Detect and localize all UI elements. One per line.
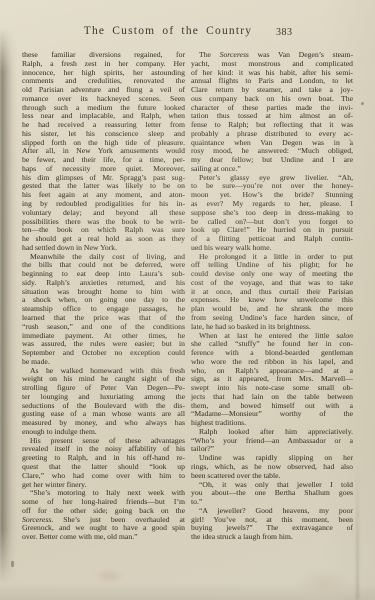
text-line: been scattered over the table. (191, 472, 353, 481)
text-column-left: these familiar diversions regained, forR… (22, 51, 185, 542)
text-line: his feet again at any moment, and aton- (22, 191, 185, 200)
text-columns: these familiar diversions regained, forR… (22, 51, 353, 542)
text-line: could devise only one way of meeting the (191, 270, 353, 279)
text-line: He prolonged it a little in order to put (191, 253, 353, 262)
text-line: rings, which, as he now observed, had al… (191, 463, 353, 472)
text-line: to.” (191, 498, 353, 507)
text-line: suppose she’s too deep in dress-making t… (191, 209, 353, 218)
text-line: rosy mood, he answered: “Much obliged, (191, 147, 353, 156)
text-line: plan would be, and he shrank the more (191, 305, 353, 314)
text-line: enough to indulge them. (22, 428, 185, 437)
text-line: expenses. He knew how unwelcome this (191, 296, 353, 305)
text-line: possibilities there was the book to be w… (22, 218, 185, 227)
text-line: look up Clare!” He hurried on in pursuit (191, 226, 353, 235)
text-line: situation was brought home to him with (22, 288, 185, 297)
text-line: “A jeweller? Good heavens, my poor (191, 507, 353, 516)
text-line: over. Better come with me, old man.” (22, 533, 185, 542)
text-line: fense to Ralph; but reflecting that it w… (191, 121, 353, 130)
text-line: sign, as it appeared, from Mrs. Marvell— (191, 375, 353, 384)
text-line: he had received a reassuring letter from (22, 121, 185, 130)
text-line: be made. (22, 358, 185, 367)
text-line: Peter’s glassy eye grew livelier. “Ah, (191, 174, 353, 183)
text-line: Clare,” who had come over with him to (22, 472, 185, 481)
text-line: them, and bowed himself out with a (191, 402, 353, 411)
page-edge-crease (356, 462, 359, 600)
text-line: “Madame—Monsieur” worthy of the (191, 410, 353, 419)
text-line: His present sense of these advantages (22, 437, 185, 446)
text-line: revealed itself in the noisy affability … (22, 445, 185, 454)
text-line: haps of necessity more quiet. Moreover, (22, 165, 185, 174)
text-line: highest traditions. (191, 419, 353, 428)
text-line: jects that had lain on the table between (191, 393, 353, 402)
paper-speck (11, 561, 14, 567)
text-line: get her winter finery. (22, 481, 185, 490)
page-gutter-shadow (0, 0, 17, 600)
text-line: When at last he entered the little salon (191, 332, 353, 341)
text-line: slipped forth on the high tide of pleasu… (22, 139, 185, 148)
text-line: you about—the one Bertha Shallum goes (191, 489, 353, 498)
text-line: cost of the voyage, and that was to take (191, 279, 353, 288)
text-line: quest that the latter should “look up (22, 463, 185, 472)
text-line: of her kind: it was his habit, after his… (191, 69, 353, 78)
paper-stain (93, 569, 125, 583)
text-line: Ralph, a fresh zest in her company. Her (22, 60, 185, 69)
text-line: immediate payment. At other times, he (22, 332, 185, 341)
text-line: some of her long-haired friends—but I’m (22, 498, 185, 507)
text-line: sailing at once.” (191, 165, 353, 174)
running-header-title: The Custom of the Country (58, 25, 278, 37)
text-line: from seeing Undine’s face harden since, … (191, 314, 353, 323)
text-line: ued his weary walk home. (191, 244, 353, 253)
text-line: off for the other side; going back on th… (22, 507, 185, 516)
text-line: old Parisian adventure and flung a veil … (22, 86, 185, 95)
text-line: moon yet. How’s the bride? Stunning (191, 191, 353, 200)
text-line: character of these parties made the invi… (191, 104, 353, 113)
text-line: he should get a real hold as soon as the… (22, 235, 185, 244)
text-line: ous company back on his own boat. The (191, 95, 353, 104)
text-line: The Sorceress was Van Degen’s steam- (191, 51, 353, 60)
paper-speck (349, 139, 351, 141)
text-line: voluntary delay; and beyond all these (22, 209, 185, 218)
text-line: the idea struck a laugh from him. (191, 533, 353, 542)
text-line: After all, in New York amusements would (22, 147, 185, 156)
text-line: strolling figure of Peter Van Degen—Pe- (22, 384, 185, 393)
text-line: late, he had so basked in its brightness… (191, 323, 353, 332)
text-line: Greenock, and we ought to have a good sp… (22, 524, 185, 533)
text-line: less near and implacable, and Ralph, whe… (22, 112, 185, 121)
text-line: learned that the price was that of the (22, 314, 185, 323)
text-line: Undine was rapidly slipping on her (191, 454, 353, 463)
text-line: my dear fellow; but Undine and I are (191, 156, 353, 165)
text-line: a shock when, on going one day to the (22, 296, 185, 305)
text-line: greeting to Ralph, and in his off-hand r… (22, 454, 185, 463)
text-line: she called “stuffy” he found her in con- (191, 340, 353, 349)
text-line: be fewer, and their life, for a time, pe… (22, 156, 185, 165)
text-line: September and October no exception could (22, 349, 185, 358)
text-line: Ralph looked after him appreciatively. (191, 428, 353, 437)
text-line: Sorceress. She’s just been overhauled at (22, 516, 185, 525)
text-line: swept into his note-case some small ob- (191, 384, 353, 393)
text-line: the bills that could not be deferred, we… (22, 261, 185, 270)
text-line: as ever? My regards to her, please. I (191, 200, 353, 209)
text-line: of a flitting petticoat and Ralph contin… (191, 235, 353, 244)
text-line: Meanwhile the daily cost of living, and (22, 253, 185, 262)
text-line: romance over its hackneyed scenes. Seen (22, 95, 185, 104)
text-line: tailor?” (191, 445, 353, 454)
text-line: his dim glimpses of Mr. Spragg’s past su… (22, 174, 185, 183)
text-line: who wore the red ribbon in his lapel, an… (191, 358, 353, 367)
paper-stain (298, 570, 350, 594)
text-line: was assured, the rules were easier; but … (22, 340, 185, 349)
text-line: girl! You’ve not, at this moment, been (191, 516, 353, 525)
text-line: tation thus tossed at him almost an of- (191, 112, 353, 121)
text-line: Clare return by steamer, and take a joy- (191, 86, 353, 95)
text-line: “Who’s your friend—an Ambassador or a (191, 437, 353, 446)
text-line: weight on his mind he caught sight of th… (22, 375, 185, 384)
text-line: measured by money, and who always has (22, 419, 185, 428)
page-number: 383 (276, 27, 293, 38)
text-line: comments and credulities, renovated the (22, 77, 185, 86)
text-line: his sister, let his conscience sleep and (22, 130, 185, 139)
text-line: As he walked homeward with this fresh (22, 367, 185, 376)
text-line: yacht, most monstrous and complicated (191, 60, 353, 69)
text-line: ten—the book on which Ralph was sure (22, 226, 185, 235)
text-line: who, on Ralph’s appearance—and at a (191, 367, 353, 376)
text-line: it at once, and thus curtail their Paris… (191, 288, 353, 297)
paper-speck (361, 102, 364, 105)
text-line: “Oh, it was only that jeweller I told (191, 481, 353, 490)
text-line: be called on?—but don’t you forget to (191, 218, 353, 227)
text-line: probably a phrase distributed to every a… (191, 130, 353, 139)
text-line: off telling Undine of his plight; for he (191, 261, 353, 270)
text-line: gested that the latter was likely to be … (22, 182, 185, 191)
text-line: ter lounging and luxuriating among the (22, 393, 185, 402)
text-line: innocence, her high spirits, her astound… (22, 69, 185, 78)
text-line: “rush season,” and one of the conditions (22, 323, 185, 332)
text-line: buying jewels?” The extravagance of (191, 524, 353, 533)
text-line: these familiar diversions regained, for (22, 51, 185, 60)
text-line: ing by redoubled prodigalities for his i… (22, 200, 185, 209)
text-line: gusting ease of a man whose wants are al… (22, 410, 185, 419)
text-line: seductions of the Boulevard with the dis… (22, 402, 185, 411)
text-line: had settled down in New York. (22, 244, 185, 253)
text-line: sidy. Ralph’s anxieties returned, and hi… (22, 279, 185, 288)
text-line: annual flights to Paris and London, to l… (191, 77, 353, 86)
text-line: quaintance when Van Degen was in a (191, 139, 353, 148)
book-page: The Custom of the Country 383 these fami… (0, 0, 375, 600)
text-line: beginning to eat deep into Laura’s sub- (22, 270, 185, 279)
text-column-right: The Sorceress was Van Degen’s steam-yach… (191, 51, 353, 542)
text-line: ference with a blond-bearded gentleman (191, 349, 353, 358)
text-line: through such a medium the future looked (22, 104, 185, 113)
text-line: “She’s motoring to Italy next week with (22, 489, 185, 498)
text-line: to be sure—you’re not over the honey- (191, 182, 353, 191)
text-line: steamship office to engage passages, he (22, 305, 185, 314)
